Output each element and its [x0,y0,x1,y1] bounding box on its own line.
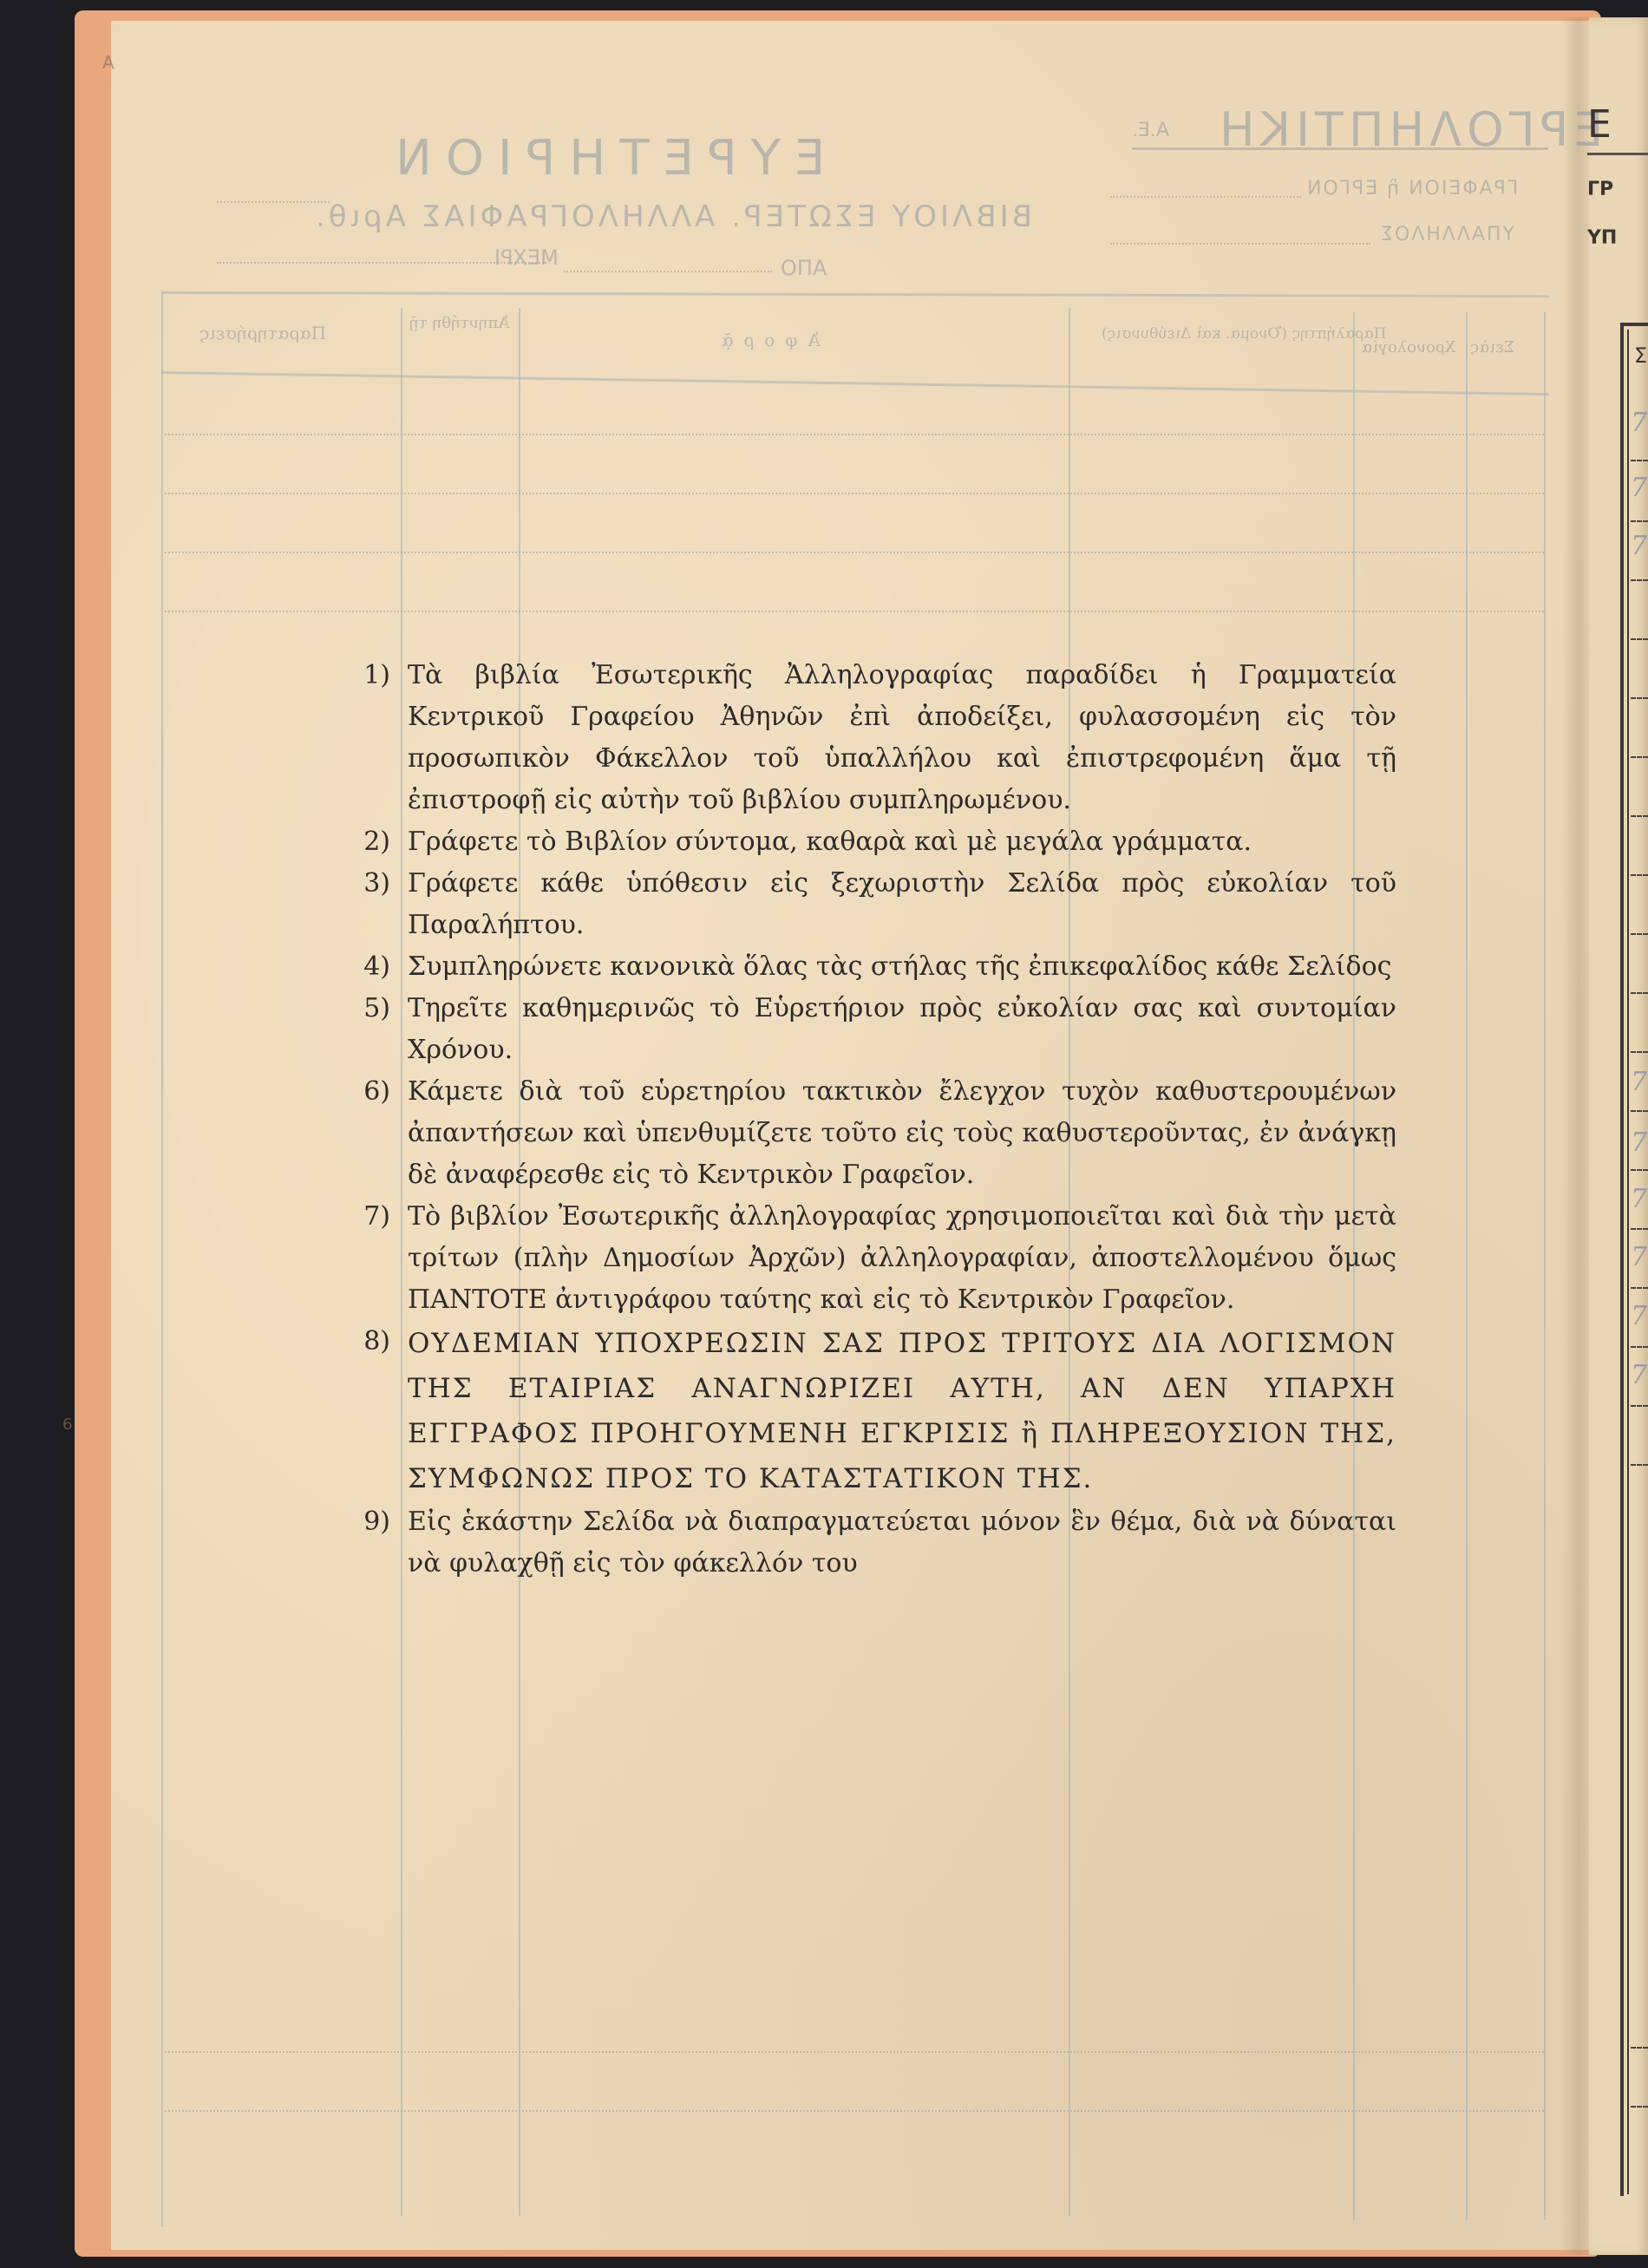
ghost-col-remarks: Παρατηρήσεις [199,323,326,343]
row-rule [165,493,1544,494]
ghost-col-serial: Σειὰς [1470,338,1514,356]
right-page-row-rule [1631,1228,1648,1230]
right-page-handwriting: 7 [1631,531,1647,561]
instruction-text: Εἰς ἑκάστην Σελίδα νὰ διαπραγματεύεται μ… [408,1501,1396,1585]
instruction-text: Τηρεῖτε καθημερινῶς τὸ Εὑρετήριον πρὸς ε… [408,988,1396,1071]
right-page-handwriting: 7 [1631,1067,1647,1097]
ghost-company-rule [1132,147,1548,150]
ghost-subtitle: ΒΙΒΛΙΟΥ ΕΣΩΤΕΡ. ΑΛΛΗΛΟΓΡΑΦΙΑΣ Αριθ. [312,199,1032,234]
row-rule [165,434,1544,435]
instruction-number: 3) [347,863,390,905]
ghost-company-suffix: Α.Ε. [1132,120,1169,141]
instruction-number: 2) [347,821,390,863]
instruction-item-warning: 8) ΟΥΔΕΜΙΑΝ ΥΠΟΧΡΕΩΣΙΝ ΣΑΣ ΠΡΟΣ ΤΡΙΤΟΥΣ … [347,1321,1396,1501]
row-rule [165,611,1544,612]
ghost-col-recipient: Παραλήπτης (Ὄνομα. καὶ Διεύθυνσις) [1102,325,1386,343]
row-rule [165,552,1544,553]
right-page-row-rule [1631,815,1648,817]
instruction-number: 1) [347,655,390,696]
instruction-item: 6) Κάμετε διὰ τοῦ εὑρετηρίου τακτικὸν ἔλ… [347,1071,1396,1196]
instruction-text: Γράφετε κάθε ὑπόθεσιν εἰς ξεχωριστὴν Σελ… [408,863,1396,946]
instruction-number: 5) [347,988,390,1029]
right-page-row-rule [1631,1051,1648,1053]
grid-col-line [161,293,163,2227]
instruction-text: Γράφετε τὸ Βιβλίον σύντομα, καθαρὰ καὶ μ… [408,821,1396,863]
right-page-row-rule [1631,1110,1648,1112]
instructions-list: 1) Τὰ βιβλία Ἐσωτερικῆς Ἀλληλογραφίας πα… [347,655,1396,1585]
ghost-dotline [217,201,330,203]
ghost-col-answered: Ἀπηντήθη τῇ [409,314,509,332]
instruction-text: ΟΥΔΕΜΙΑΝ ΥΠΟΧΡΕΩΣΙΝ ΣΑΣ ΠΡΟΣ ΤΡΙΤΟΥΣ ΔΙΑ… [408,1321,1396,1501]
right-page-title-fragment: Ε [1587,102,1612,147]
right-page-handwriting: 7 [1631,408,1647,438]
ghost-from-label: ΑΠΟ [781,256,827,280]
right-page-row-rule [1631,1346,1648,1348]
ghost-title: ΕΥΡΕΤΗΡΙΟΝ [382,130,825,186]
right-page-row-rule [1631,2047,1648,2049]
right-page-column-header-fragment: Σ [1634,343,1647,368]
right-page-row-rule [1631,1405,1648,1407]
pencil-mark-6: 6 [62,1415,72,1434]
right-page-title-rule [1587,153,1648,155]
ghost-col-date: Χρονολογία [1362,338,1455,356]
right-page-row-rule [1631,1169,1648,1171]
ghost-dotline [564,271,772,272]
right-page-handwriting: 7 [1631,473,1647,503]
ghost-col-subject: Ἀφορᾷ [711,330,821,350]
right-page-row-rule [1631,2106,1648,2108]
instruction-item: 2) Γράφετε τὸ Βιβλίον σύντομα, καθαρὰ κα… [347,821,1396,863]
instruction-text: Τὸ βιβλίον Ἐσωτερικῆς ἀλληλογραφίας χρησ… [408,1196,1396,1321]
right-page-frame-inner [1627,330,1629,2194]
instruction-item: 9) Εἰς ἑκάστην Σελίδα νὰ διαπραγματεύετα… [347,1501,1396,1585]
instruction-text: Τὰ βιβλία Ἐσωτερικῆς Ἀλληλογραφίας παραδ… [408,655,1396,821]
instruction-number: 7) [347,1196,390,1238]
instruction-item: 5) Τηρεῖτε καθημερινῶς τὸ Εὑρετήριον πρὸ… [347,988,1396,1071]
right-page-handwriting: 7 [1631,1184,1647,1214]
right-page-row-rule [1631,520,1648,522]
right-page-employee-label-fragment: ΥΠ [1587,227,1617,249]
ghost-dotline [1110,243,1370,245]
right-page-row-rule [1631,874,1648,876]
instruction-number: 4) [347,946,390,988]
right-page-handwriting: 7 [1631,1360,1647,1390]
right-page-handwriting: 7 [1631,1127,1647,1158]
instruction-text: Κάμετε διὰ τοῦ εὑρετηρίου τακτικὸν ἔλεγχ… [408,1071,1396,1196]
right-page-frame-outer [1620,323,1624,2196]
right-page-row-rule [1631,638,1648,640]
right-page-row-rule [1631,1287,1648,1289]
right-page-row-rule [1631,756,1648,758]
row-rule [165,2051,1544,2053]
pencil-mark-a: A [102,52,114,73]
right-page-row-rule [1631,579,1648,581]
ghost-dotline [217,262,546,264]
instruction-item: 4) Συμπληρώνετε κανονικὰ ὅλας τὰς στήλας… [347,946,1396,988]
right-page-office-label-fragment: ΓΡ [1587,179,1613,200]
right-page-handwriting: 7 [1631,1242,1647,1272]
instruction-number: 6) [347,1071,390,1113]
right-page-row-rule [1631,992,1648,994]
instruction-text: Συμπληρώνετε κανονικὰ ὅλας τὰς στήλας τῆ… [408,946,1396,988]
right-page-frame-top [1620,323,1648,326]
ghost-employee-field: ΥΠΑΛΛΗΛΟΣ [1379,224,1514,245]
instruction-item: 1) Τὰ βιβλία Ἐσωτερικῆς Ἀλληλογραφίας πα… [347,655,1396,821]
right-page-row-rule [1631,697,1648,699]
row-rule [165,2110,1544,2112]
right-page-row-rule [1631,933,1648,935]
instruction-number: 8) [347,1321,390,1363]
instruction-item: 7) Τὸ βιβλίον Ἐσωτερικῆς ἀλληλογραφίας χ… [347,1196,1396,1321]
right-page-row-rule [1631,1464,1648,1466]
right-page-row-rule [1631,460,1648,461]
ghost-dotline [1110,196,1301,198]
grid-col-line [1466,312,1468,2220]
ghost-to-label: ΜΕΧΡΙ [494,245,559,270]
right-page-handwriting: 7 [1631,1301,1647,1331]
ghost-office-field: ΓΡΑΦΕΙΟΝ ἢ ΕΡΓΟΝ [1305,178,1518,199]
grid-col-line [1544,312,1546,2220]
instruction-number: 9) [347,1501,390,1543]
instruction-item: 3) Γράφετε κάθε ὑπόθεσιν εἰς ξεχωριστὴν … [347,863,1396,946]
